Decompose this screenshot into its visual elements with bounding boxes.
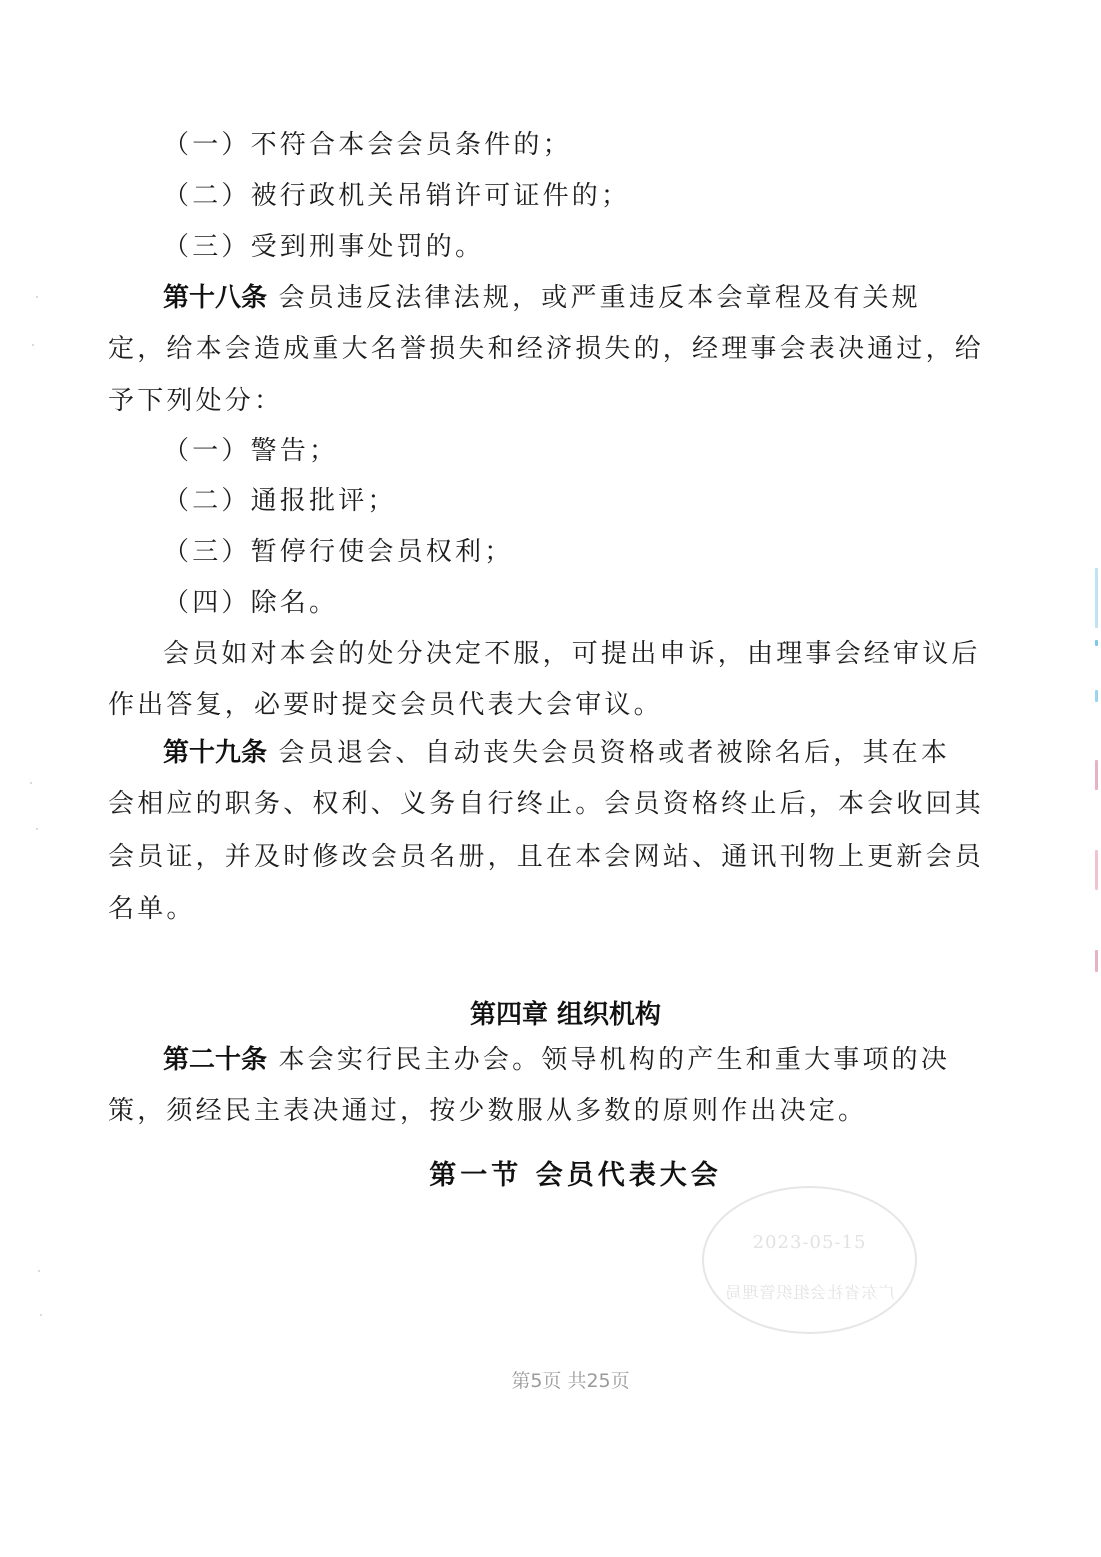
item-label: （二） — [163, 181, 251, 211]
item-label: （三） — [163, 537, 251, 567]
article-title: 第十九条 — [163, 738, 267, 768]
list-item: （三）受到刑事处罚的。 — [163, 230, 484, 264]
scan-edge-mark — [1095, 760, 1098, 790]
seal-organization: 广东省社会组织管理局 — [704, 1280, 915, 1303]
scan-edge-mark — [1095, 568, 1098, 628]
article-text: 本会实行民主办会。领导机构的产生和重大事项的决 — [278, 1045, 950, 1075]
scan-speck — [38, 1270, 40, 1272]
article-19-paragraph: 第十九条 会员退会、自动丧失会员资格或者被除名后，其在本 — [163, 736, 950, 770]
article-title: 第二十条 — [163, 1045, 267, 1075]
article-19-line: 会员证，并及时修改会员名册，且在本会网站、通讯刊物上更新会员 — [108, 840, 984, 874]
penalty-item: （一）警告； — [163, 434, 338, 468]
article-18-paragraph: 第十八条 会员违反法律法规，或严重违反本会章程及有关规 — [163, 281, 921, 315]
official-seal: 2023-05-15 广东省社会组织管理局 — [702, 1186, 917, 1334]
item-text: 通报批评； — [251, 486, 397, 516]
scan-speck — [36, 828, 38, 830]
scan-speck — [36, 296, 38, 298]
section-heading: 第一节 会员代表大会 — [0, 1158, 1101, 1194]
appeal-paragraph: 会员如对本会的处分决定不服，可提出申诉，由理事会经审议后 — [163, 637, 981, 671]
item-text: 暂停行使会员权利； — [251, 537, 514, 567]
scan-edge-mark — [1095, 950, 1098, 972]
scan-speck — [30, 782, 32, 784]
article-18-line: 予下列处分： — [108, 384, 283, 418]
article-20-paragraph: 第二十条 本会实行民主办会。领导机构的产生和重大事项的决 — [163, 1043, 950, 1077]
scan-edge-mark — [1095, 690, 1098, 702]
seal-date: 2023-05-15 — [704, 1232, 915, 1253]
article-18-line: 定，给本会造成重大名誉损失和经济损失的，经理事会表决通过，给 — [108, 332, 984, 366]
list-item: （二）被行政机关吊销许可证件的； — [163, 179, 630, 213]
article-20-line: 策，须经民主表决通过，按少数服从多数的原则作出决定。 — [108, 1094, 867, 1128]
penalty-item: （三）暂停行使会员权利； — [163, 535, 513, 569]
article-19-line: 名单。 — [108, 892, 196, 926]
document-page: （一）不符合本会会员条件的； （二）被行政机关吊销许可证件的； （三）受到刑事处… — [0, 0, 1101, 1557]
item-text: 除名。 — [251, 588, 339, 618]
article-title: 第十八条 — [163, 283, 267, 313]
article-19-line: 会相应的职务、权利、义务自行终止。会员资格终止后，本会收回其 — [108, 787, 984, 821]
scan-edge-mark — [1095, 640, 1098, 646]
chapter-heading: 第四章 组织机构 — [0, 998, 1101, 1032]
item-text: 警告； — [251, 436, 339, 466]
item-text: 受到刑事处罚的。 — [251, 232, 485, 262]
article-text: 会员违反法律法规，或严重违反本会章程及有关规 — [278, 283, 920, 313]
article-text: 会员退会、自动丧失会员资格或者被除名后，其在本 — [278, 738, 950, 768]
penalty-item: （四）除名。 — [163, 586, 338, 620]
penalty-item: （二）通报批评； — [163, 484, 397, 518]
item-text: 被行政机关吊销许可证件的； — [251, 181, 631, 211]
item-text: 不符合本会会员条件的； — [251, 130, 572, 160]
item-label: （三） — [163, 232, 251, 262]
item-label: （二） — [163, 486, 251, 516]
list-item: （一）不符合本会会员条件的； — [163, 128, 572, 162]
item-label: （四） — [163, 588, 251, 618]
scan-speck — [32, 344, 34, 346]
item-label: （一） — [163, 436, 251, 466]
scan-edge-mark — [1095, 850, 1098, 890]
appeal-line: 作出答复，必要时提交会员代表大会审议。 — [108, 688, 663, 722]
scan-speck — [40, 1314, 42, 1316]
page-indicator: 第5页 共25页 — [0, 1366, 1101, 1393]
item-label: （一） — [163, 130, 251, 160]
